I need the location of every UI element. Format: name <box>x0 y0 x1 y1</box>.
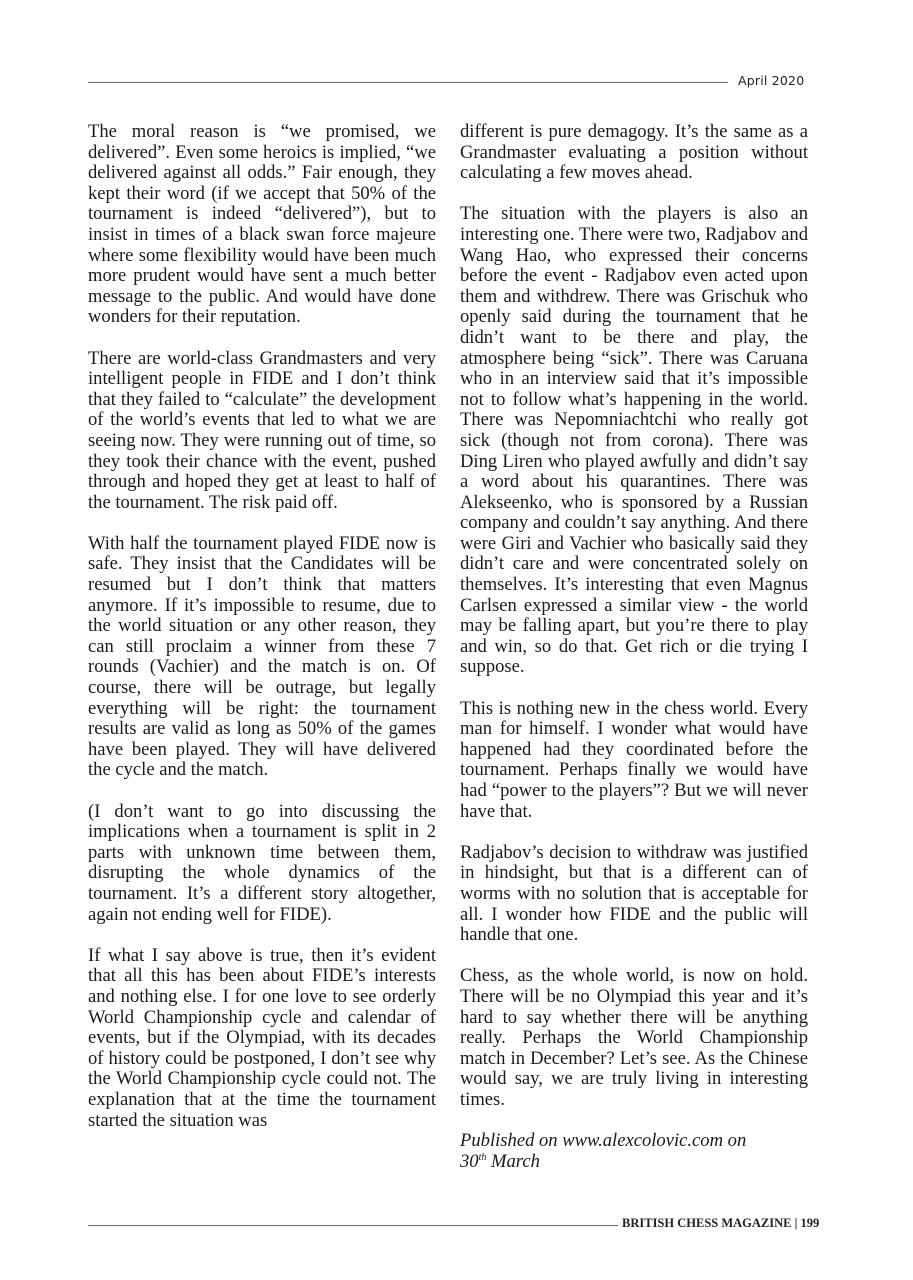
paragraph: (I don’t want to go into discussing the … <box>88 802 436 926</box>
footer-rule <box>88 1225 618 1226</box>
paragraph: different is pure demagogy. It’s the sam… <box>460 122 808 184</box>
paragraph: This is nothing new in the chess world. … <box>460 699 808 823</box>
credit-month: March <box>486 1151 540 1172</box>
credit-line: Published on www.alexcolovic.com on <box>460 1130 746 1151</box>
footer-separator: | <box>795 1216 798 1230</box>
paragraph: Radjabov’s decision to withdraw was just… <box>460 843 808 946</box>
credit-day: 30 <box>460 1151 479 1172</box>
publication-credit: Published on www.alexcolovic.com on30th … <box>460 1131 808 1172</box>
paragraph: The moral reason is “we promised, we del… <box>88 122 436 328</box>
article-column-left: The moral reason is “we promised, we del… <box>88 122 436 1131</box>
paragraph: If what I say above is true, then it’s e… <box>88 946 436 1131</box>
paragraph: Chess, as the whole world, is now on hol… <box>460 966 808 1110</box>
paragraph: With half the tournament played FIDE now… <box>88 534 436 781</box>
paragraph: The situation with the players is also a… <box>460 204 808 678</box>
paragraph: There are world-class Grandmasters and v… <box>88 349 436 514</box>
header-rule <box>88 82 728 83</box>
article-column-right: different is pure demagogy. It’s the sam… <box>460 122 808 1172</box>
footer-label: BRITISH CHESS MAGAZINE | 199 <box>622 1216 819 1231</box>
magazine-name: BRITISH CHESS MAGAZINE <box>622 1216 792 1230</box>
page-number: 199 <box>801 1216 820 1230</box>
issue-date: April 2020 <box>738 73 804 88</box>
